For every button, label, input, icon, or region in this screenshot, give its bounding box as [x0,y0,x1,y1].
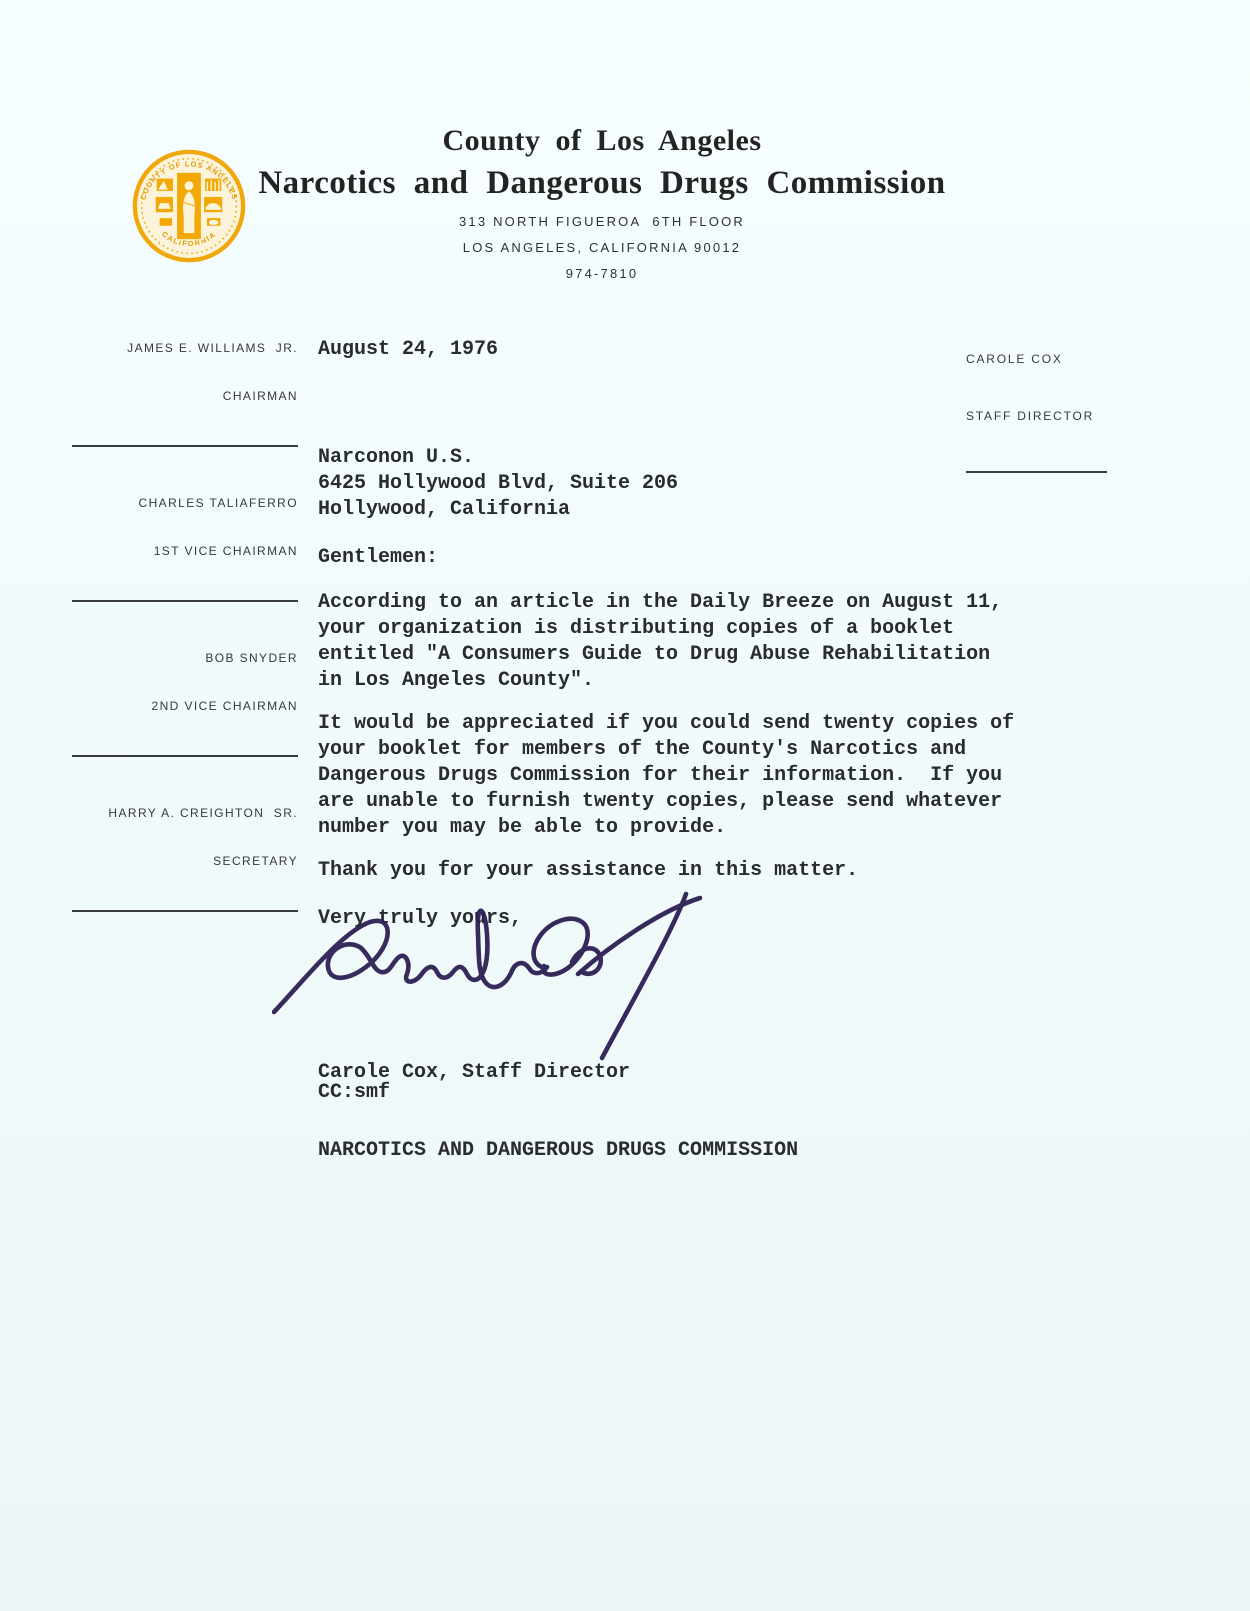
recipient-address: Narconon U.S. 6425 Hollywood Blvd, Suite… [318,445,678,523]
officer-item-chairman: JAMES E. WILLIAMS JR. CHAIRMAN [72,308,298,447]
officer-item-1st-vice-chairman: CHARLES TALIAFERRO 1ST VICE CHAIRMAN [72,463,298,602]
letterhead-address-line2: LOS ANGELES, CALIFORNIA 90012 [0,240,1204,255]
staff-director-name: CAROLE COX [966,350,1107,369]
letterhead-county-title: County of Los Angeles [0,124,1204,158]
body-paragraph-3: Thank you for your assistance in this ma… [318,858,858,884]
officer-title: CHAIRMAN [72,388,298,404]
officer-title: 1ST VICE CHAIRMAN [72,543,298,559]
officer-item-2nd-vice-chairman: BOB SNYDER 2ND VICE CHAIRMAN [72,618,298,757]
typed-signature-org: NARCOTICS AND DANGEROUS DRUGS COMMISSION [318,1138,798,1164]
officer-name: BOB SNYDER [72,650,298,666]
officer-title: SECRETARY [72,853,298,869]
officer-roster: JAMES E. WILLIAMS JR. CHAIRMAN CHARLES T… [72,308,298,928]
officer-item-secretary: HARRY A. CREIGHTON SR. SECRETARY [72,773,298,912]
typed-signature-block: Carole Cox, Staff Director NARCOTICS AND… [318,1008,798,1216]
salutation: Gentlemen: [318,545,438,571]
officer-name: CHARLES TALIAFERRO [72,495,298,511]
body-paragraph-2: It would be appreciated if you could sen… [318,711,1014,841]
letterhead-phone: 974-7810 [0,266,1204,281]
date-line: August 24, 1976 [318,337,498,363]
closing-line: Very truly yours, [318,906,522,932]
officer-name: HARRY A. CREIGHTON SR. [72,805,298,821]
staff-director-title: STAFF DIRECTOR [966,407,1107,426]
staff-director-block: CAROLE COX STAFF DIRECTOR [966,312,1107,473]
cc-line: CC:smf [318,1080,390,1106]
officer-name: JAMES E. WILLIAMS JR. [72,340,298,356]
officer-title: 2ND VICE CHAIRMAN [72,698,298,714]
letterhead-address-line1: 313 NORTH FIGUEROA 6TH FLOOR [0,214,1204,229]
letterhead-commission-title: Narcotics and Dangerous Drugs Commission [0,165,1204,202]
body-paragraph-1: According to an article in the Daily Bre… [318,590,1002,694]
